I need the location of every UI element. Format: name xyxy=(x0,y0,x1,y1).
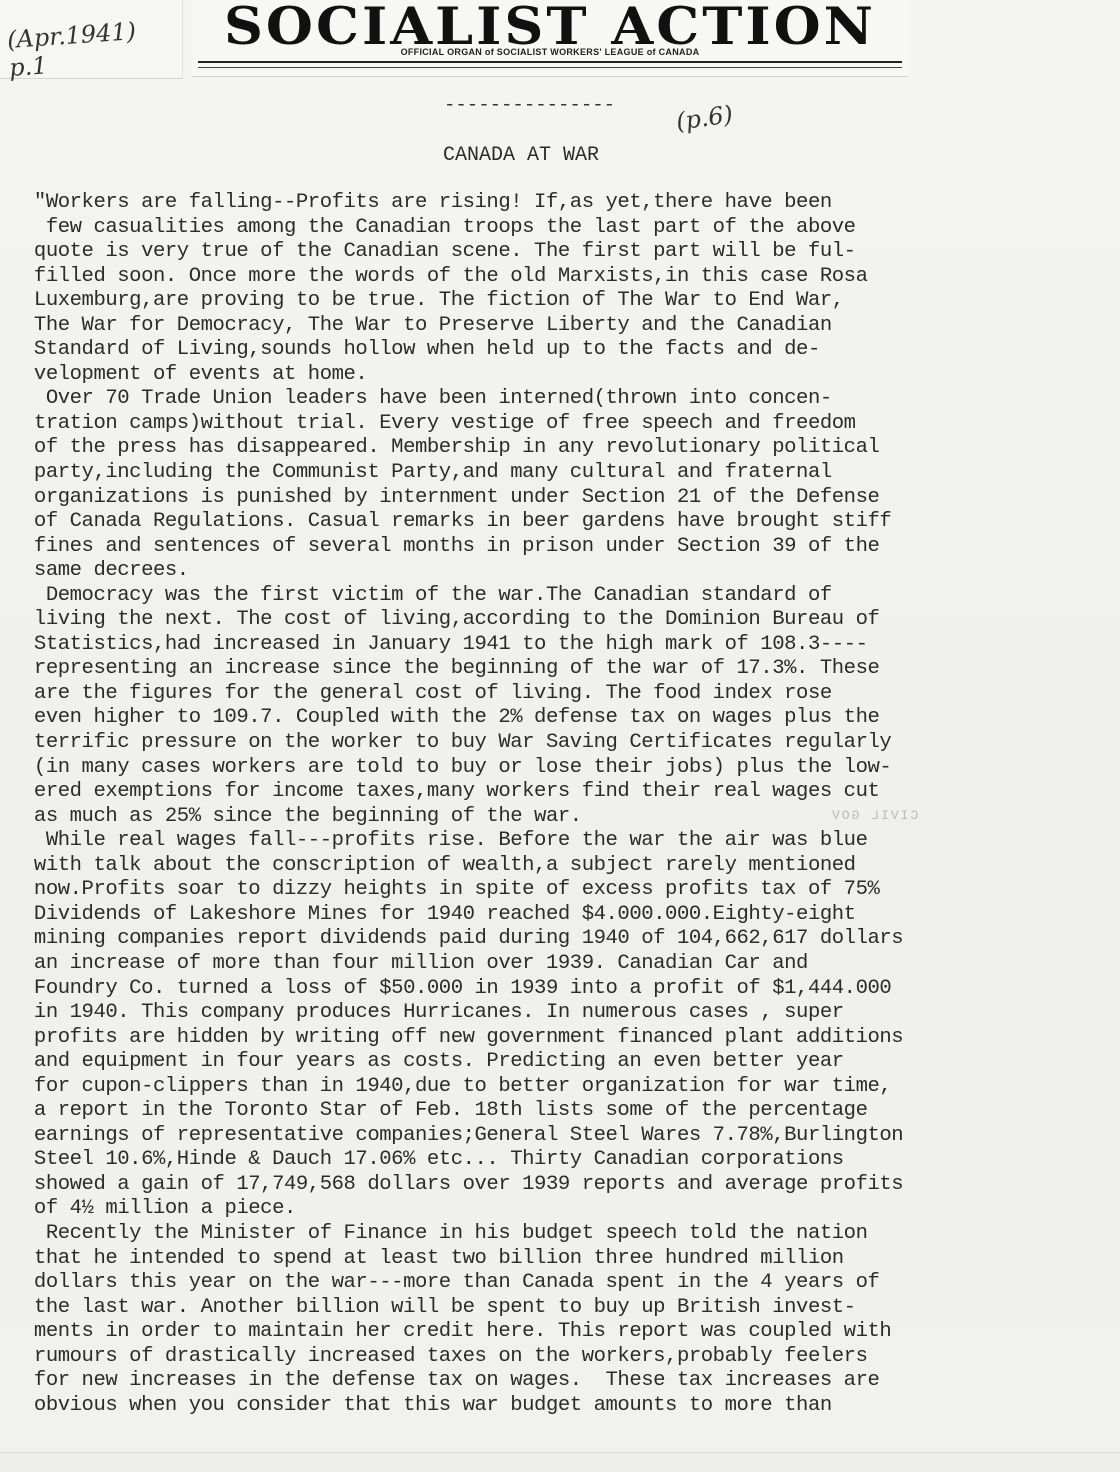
article-line: tration camps)without trial. Every vesti… xyxy=(22,412,1120,437)
article-line: rumours of drastically increased taxes o… xyxy=(22,1345,1120,1370)
article-line: ments in order to maintain her credit he… xyxy=(22,1320,1120,1345)
article-line: Dividends of Lakeshore Mines for 1940 re… xyxy=(22,903,1120,928)
article-line: Luxemburg,are proving to be true. The fi… xyxy=(22,289,1120,314)
article-line: representing an increase since the begin… xyxy=(22,657,1120,682)
article-line: living the next. The cost of living,acco… xyxy=(22,608,1120,633)
scanned-page: (Apr.1941) p.1 SOCIALIST ACTION OFFICIAL… xyxy=(0,0,1120,1472)
article-line: (in many cases workers are told to buy o… xyxy=(22,756,1120,781)
article-line: and equipment in four years as costs. Pr… xyxy=(22,1050,1120,1075)
article-line: "Workers are falling--Profits are rising… xyxy=(22,191,1120,216)
article-line: even higher to 109.7. Coupled with the 2… xyxy=(22,706,1120,731)
article-line: dollars this year on the war---more than… xyxy=(22,1271,1120,1296)
handwritten-page-note: (p.6) xyxy=(674,100,734,136)
article-line: velopment of events at home. xyxy=(22,363,1120,388)
handwritten-note-slip: (Apr.1941) p.1 xyxy=(0,0,183,79)
article-line: of 4½ million a piece. xyxy=(22,1197,1120,1222)
article-line: Statistics,had increased in January 1941… xyxy=(22,633,1120,658)
article-line: with talk about the conscription of weal… xyxy=(22,854,1120,879)
article-line: Democracy was the first victim of the wa… xyxy=(22,584,1120,609)
article-line: Standard of Living,sounds hollow when he… xyxy=(22,338,1120,363)
article-line: a report in the Toronto Star of Feb. 18t… xyxy=(22,1099,1120,1124)
article-line: Over 70 Trade Union leaders have been in… xyxy=(22,387,1120,412)
article-line: While real wages fall---profits rise. Be… xyxy=(22,829,1120,854)
article-line: as much as 25% since the beginning of th… xyxy=(22,805,1120,830)
article-line: of the press has disappeared. Membership… xyxy=(22,436,1120,461)
article-line: an increase of more than four million ov… xyxy=(22,952,1120,977)
article-line: now.Profits soar to dizzy heights in spi… xyxy=(22,878,1120,903)
masthead: SOCIALIST ACTION OFFICIAL ORGAN of SOCIA… xyxy=(192,0,908,77)
article-line: ered exemptions for income taxes,many wo… xyxy=(22,780,1120,805)
article-line: of Canada Regulations. Casual remarks in… xyxy=(22,510,1120,535)
article-line: The War for Democracy, The War to Preser… xyxy=(22,314,1120,339)
article-line: earnings of representative companies;Gen… xyxy=(22,1124,1120,1149)
article-line: party,including the Communist Party,and … xyxy=(22,461,1120,486)
article-line: few casualities among the Canadian troop… xyxy=(22,216,1120,241)
article-line: are the figures for the general cost of … xyxy=(22,682,1120,707)
page-bottom-edge xyxy=(0,1452,1120,1472)
newspaper-subtitle: OFFICIAL ORGAN of SOCIALIST WORKERS' LEA… xyxy=(192,47,908,57)
article-line: the last war. Another billion will be sp… xyxy=(22,1296,1120,1321)
article-line: quote is very true of the Canadian scene… xyxy=(22,240,1120,265)
article-line: profits are hidden by writing off new go… xyxy=(22,1026,1120,1051)
article-line: Recently the Minister of Finance in his … xyxy=(22,1222,1120,1247)
article-line: fines and sentences of several months in… xyxy=(22,535,1120,560)
article-title: CANADA AT WAR xyxy=(443,144,599,167)
article-line: showed a gain of 17,749,568 dollars over… xyxy=(22,1173,1120,1198)
article-line: filled soon. Once more the words of the … xyxy=(22,265,1120,290)
article-line: for new increases in the defense tax on … xyxy=(22,1369,1120,1394)
article-line: same decrees. xyxy=(22,559,1120,584)
handwritten-date-note: (Apr.1941) p.1 xyxy=(6,14,183,82)
article-line: mining companies report dividends paid d… xyxy=(22,927,1120,952)
article-body: "Workers are falling--Profits are rising… xyxy=(22,191,1120,1418)
article-line: Steel 10.6%,Hinde & Dauch 17.06% etc... … xyxy=(22,1148,1120,1173)
stamp-residue: CIVIL GOV xyxy=(830,808,918,823)
dashed-separator: --------------- xyxy=(444,94,615,116)
article-line: organizations is punished by internment … xyxy=(22,486,1120,511)
masthead-rule xyxy=(198,61,902,68)
article-line: Foundry Co. turned a loss of $50.000 in … xyxy=(22,977,1120,1002)
article-line: obvious when you consider that this war … xyxy=(22,1394,1120,1419)
article-line: for cupon-clippers than in 1940,due to b… xyxy=(22,1075,1120,1100)
article-line: that he intended to spend at least two b… xyxy=(22,1247,1120,1272)
article-line: terrific pressure on the worker to buy W… xyxy=(22,731,1120,756)
article-line: in 1940. This company produces Hurricane… xyxy=(22,1001,1120,1026)
